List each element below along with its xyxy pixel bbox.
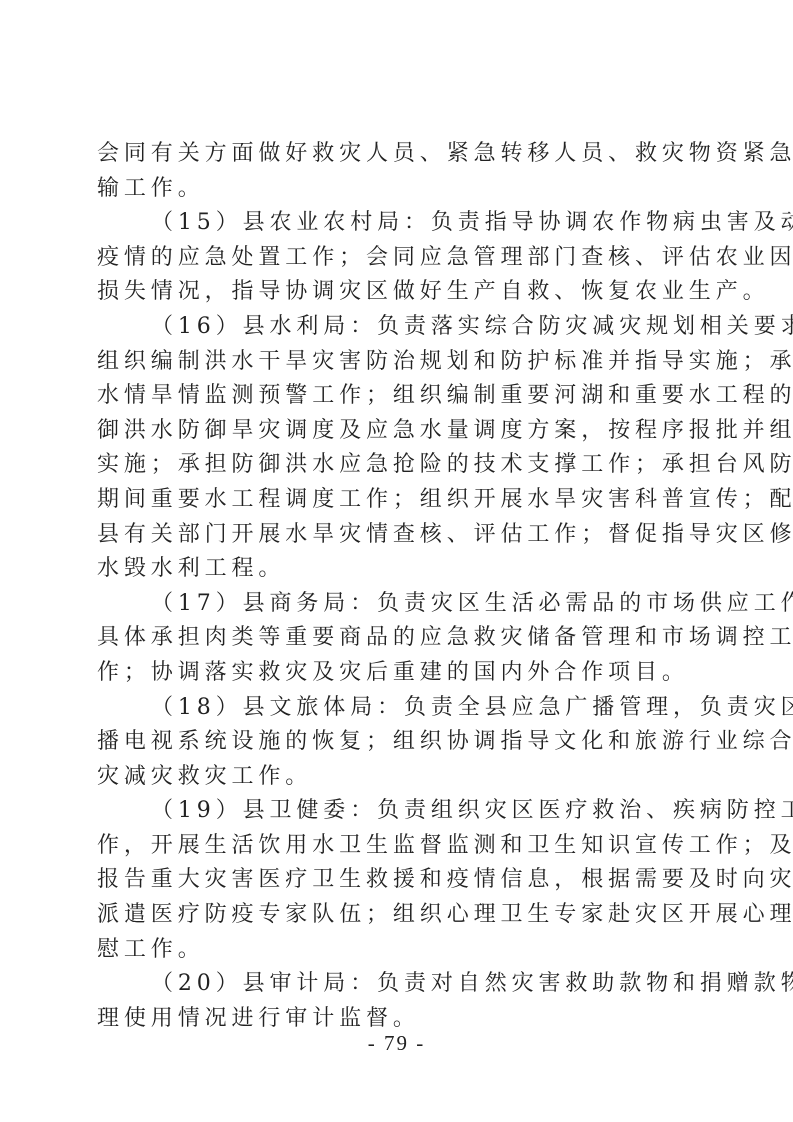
- text-line: （17）县商务局：负责灾区生活必需品的市场供应工作，: [97, 587, 697, 622]
- paragraph-20-audit-bureau: （20）县审计局：负责对自然灾害救助款物和捐赠款物的管 理使用情况进行审计监督。: [97, 967, 697, 1036]
- text-line: （15）县农业农村局：负责指导协调农作物病虫害及动物: [97, 206, 697, 241]
- document-page: 会同有关方面做好救灾人员、紧急转移人员、救灾物资紧急运 输工作。 （15）县农业…: [0, 0, 793, 1122]
- text-line: 县有关部门开展水旱灾情查核、评估工作；督促指导灾区修复: [97, 518, 697, 553]
- text-line: （18）县文旅体局：负责全县应急广播管理，负责灾区广: [97, 691, 697, 726]
- paragraph-16-water-resources-bureau: （16）县水利局：负责落实综合防灾减灾规划相关要求， 组织编制洪水干旱灾害防治规…: [97, 310, 697, 587]
- text-line: 御洪水防御旱灾调度及应急水量调度方案，按程序报批并组织: [97, 414, 697, 449]
- text-line: （16）县水利局：负责落实综合防灾减灾规划相关要求，: [97, 310, 697, 345]
- paragraph-18-culture-tourism-sports-bureau: （18）县文旅体局：负责全县应急广播管理，负责灾区广 播电视系统设施的恢复；组织…: [97, 691, 697, 795]
- text-line: 组织编制洪水干旱灾害防治规划和防护标准并指导实施；承担: [97, 345, 697, 380]
- text-line: 输工作。: [97, 172, 697, 207]
- paragraph-15-agriculture-bureau: （15）县农业农村局：负责指导协调农作物病虫害及动物 疫情的应急处置工作；会同应…: [97, 206, 697, 310]
- paragraph-17-commerce-bureau: （17）县商务局：负责灾区生活必需品的市场供应工作， 具体承担肉类等重要商品的应…: [97, 587, 697, 691]
- page-number: - 79 -: [0, 1031, 793, 1056]
- text-line: 水情旱情监测预警工作；组织编制重要河湖和重要水工程的防: [97, 379, 697, 414]
- text-line: 水毁水利工程。: [97, 552, 697, 587]
- text-line: 具体承担肉类等重要商品的应急救灾储备管理和市场调控工: [97, 621, 697, 656]
- text-line: 损失情况，指导协调灾区做好生产自救、恢复农业生产。: [97, 275, 697, 310]
- text-line: 会同有关方面做好救灾人员、紧急转移人员、救灾物资紧急运: [97, 137, 697, 172]
- text-line: 派遣医疗防疫专家队伍；组织心理卫生专家赴灾区开展心理抚: [97, 898, 697, 933]
- paragraph-continued: 会同有关方面做好救灾人员、紧急转移人员、救灾物资紧急运 输工作。: [97, 137, 697, 206]
- text-line: 灾减灾救灾工作。: [97, 760, 697, 795]
- text-line: 疫情的应急处置工作；会同应急管理部门查核、评估农业因灾: [97, 241, 697, 276]
- text-line: 期间重要水工程调度工作；组织开展水旱灾害科普宣传；配合: [97, 483, 697, 518]
- document-body: 会同有关方面做好救灾人员、紧急转移人员、救灾物资紧急运 输工作。 （15）县农业…: [97, 137, 697, 1036]
- text-line: 播电视系统设施的恢复；组织协调指导文化和旅游行业综合防: [97, 725, 697, 760]
- text-line: （20）县审计局：负责对自然灾害救助款物和捐赠款物的管: [97, 967, 697, 1002]
- text-line: 报告重大灾害医疗卫生救援和疫情信息，根据需要及时向灾区: [97, 863, 697, 898]
- text-line: 慰工作。: [97, 933, 697, 968]
- paragraph-19-health-commission: （19）县卫健委：负责组织灾区医疗救治、疾病防控工 作，开展生活饮用水卫生监督监…: [97, 794, 697, 967]
- text-line: （19）县卫健委：负责组织灾区医疗救治、疾病防控工: [97, 794, 697, 829]
- text-line: 实施；承担防御洪水应急抢险的技术支撑工作；承担台风防御: [97, 448, 697, 483]
- text-line: 作，开展生活饮用水卫生监督监测和卫生知识宣传工作；及时: [97, 829, 697, 864]
- text-line: 作；协调落实救灾及灾后重建的国内外合作项目。: [97, 656, 697, 691]
